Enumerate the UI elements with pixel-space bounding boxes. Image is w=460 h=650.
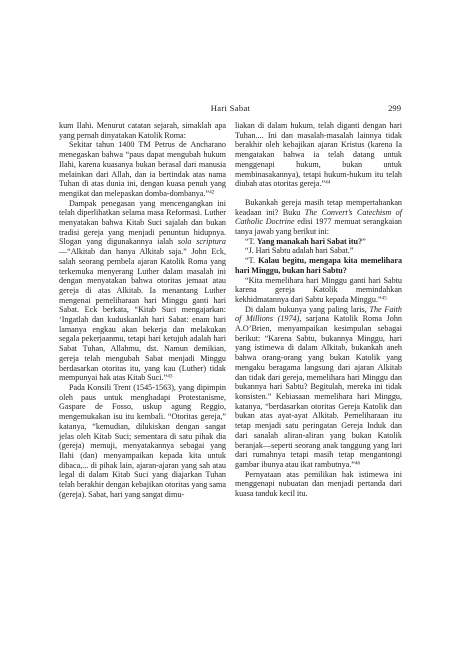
footnote-marker: 42 xyxy=(209,189,214,195)
paragraph: Di dalam bukunya yang paling laris, The … xyxy=(235,305,402,470)
page-title: Hari Sabat xyxy=(59,103,402,113)
paragraph: liakan di dalam hukum, telah diganti den… xyxy=(235,121,402,189)
text-columns: kum Ilahi. Menurut catatan sejarah, sima… xyxy=(59,121,402,499)
paragraph: Dampak penegasan yang mencengangkan ini … xyxy=(59,199,226,383)
paragraph: “Kita memelihara hari Minggu ganti hari … xyxy=(235,276,402,305)
footnote-marker: 43 xyxy=(167,374,172,380)
paragraph: Pada Konsili Trent (1545-1563), yang dip… xyxy=(59,383,226,499)
running-header: Hari Sabat 299 xyxy=(59,103,402,115)
paragraph: “T. Yang manakah hari Sabat itu?” xyxy=(235,237,402,247)
paragraph: “J. Hari Sabtu adalah hari Sabat.” xyxy=(235,246,402,256)
paragraph: Bukankah gereja masih tetap mempertahank… xyxy=(235,198,402,237)
page-number: 299 xyxy=(388,103,401,113)
footnote-marker: 44 xyxy=(325,180,330,186)
footnote-marker: 46 xyxy=(355,460,360,466)
paragraph: Sekitar tahun 1400 TM Petrus de Ancharan… xyxy=(59,140,226,198)
left-column-text: kum Ilahi. Menurut catatan sejarah, sima… xyxy=(59,121,226,499)
paragraph: Pernyataan atas pemilikan hak istimewa i… xyxy=(235,470,402,499)
paragraph: “T. Kalau begitu, mengapa kita memelihar… xyxy=(235,256,402,275)
right-column-text: liakan di dalam hukum, telah diganti den… xyxy=(235,121,402,499)
footnote-marker: 45 xyxy=(382,295,387,301)
book-page: Hari Sabat 299 kum Ilahi. Menurut catata… xyxy=(0,0,460,650)
paragraph: kum Ilahi. Menurut catatan sejarah, sima… xyxy=(59,121,226,140)
